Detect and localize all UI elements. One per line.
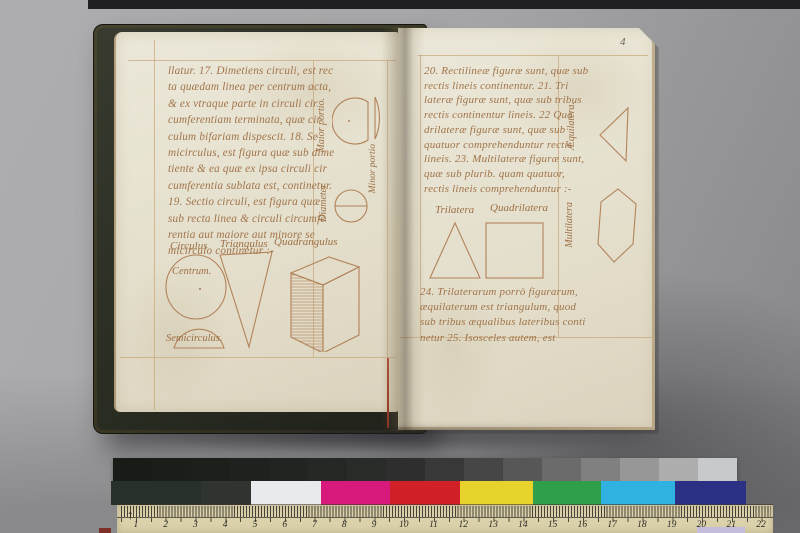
color-patch [111, 481, 201, 505]
manuscript-line: quatuor comprehenduntur rectis [424, 138, 558, 153]
manuscript-line: rectis lineis comprehenduntur :- [424, 182, 558, 197]
manuscript-photo: llatur. 17. Dimetiens circuli, est recta… [0, 0, 800, 533]
aequilatera-label: Æquilatera. [566, 102, 577, 150]
color-patch [601, 481, 675, 505]
manuscript-line: sub recta linea & circuli circumfe [168, 211, 320, 227]
right-page-text-1: 20. Rectilineæ figuræ sunt, quæ subrecti… [424, 64, 558, 196]
centrum-dot [199, 288, 201, 290]
gray-patch [542, 458, 581, 481]
ruler-number: 11 [419, 520, 449, 530]
ruler-number: 14 [508, 520, 538, 530]
circulus-label: Circulus [170, 240, 208, 252]
ruler-mm-ticks [121, 506, 771, 517]
lavender-patch [697, 527, 745, 533]
gray-patch [464, 458, 503, 481]
manuscript-line: æquilaterum est triangulum, quod [420, 300, 562, 315]
gray-patch [347, 458, 386, 481]
triangulus-figure [218, 251, 274, 349]
right-page: 4 20. Rectilineæ figuræ sunt, quæ subrec… [398, 28, 655, 430]
gray-patch [659, 458, 698, 481]
gray-patch [503, 458, 542, 481]
ruler-number: 10 [389, 520, 419, 530]
manuscript-line: tiente & ea quæ ex ipsa circuli cir [168, 161, 320, 177]
ruler-number: 15 [538, 520, 568, 530]
gray-patch [386, 458, 425, 481]
ruler-number: 19 [657, 520, 687, 530]
gray-patch [230, 458, 269, 481]
manuscript-line: 19. Sectio circuli, est figura quæ [168, 194, 320, 210]
quadrilatera-label: Quadrilatera [490, 202, 548, 214]
ruler-number: 4 [210, 520, 240, 530]
ruler-number: 12 [448, 520, 478, 530]
diameter-figure [334, 183, 370, 229]
manuscript-line: quæ sub plurib. quam quatuor, [424, 167, 558, 182]
left-page-bottom-rule [120, 357, 396, 358]
right-page-top-rule [418, 55, 648, 56]
manuscript-line: micirculus, est figura quæ sub dime [168, 145, 320, 161]
manuscript-line: culum bifariam dispescit. 18. Se [168, 129, 320, 145]
manuscript-line: lateræ figuræ sunt, quæ sub tribus [424, 93, 558, 108]
color-patch [390, 481, 460, 505]
manuscript-line: ta quædam linea per centrum acta, [168, 79, 320, 95]
book-shadow [118, 428, 663, 452]
ruler-number: 1 [121, 520, 151, 530]
manuscript-line: & ex vtraque parte in circuli cir [168, 96, 320, 112]
gray-patch [152, 458, 191, 481]
manuscript-line: drilateræ figuræ sunt, quæ sub [424, 123, 558, 138]
gray-patch [698, 458, 737, 481]
ruler-number: 6 [270, 520, 300, 530]
color-patch [460, 481, 533, 505]
ruler-number: 2 [151, 520, 181, 530]
ruler-numbers: 12345678910111213141516171819202122 [121, 520, 776, 530]
grayscale-bar [113, 458, 737, 481]
semicirculus-label: Semicirculus. [166, 333, 222, 344]
minor-portio-figure [372, 95, 387, 141]
left-page-margin-rule [154, 40, 155, 410]
gray-patch [269, 458, 308, 481]
left-page-top-rule [128, 60, 396, 61]
centrum-label: Centrum. [172, 266, 211, 277]
page-number: 4 [620, 36, 626, 48]
manuscript-line: netur 25. Isosceles autem, est [420, 331, 562, 346]
color-patch [201, 481, 251, 505]
manuscript-line: lineis. 23. Multilateræ figuræ sunt, [424, 152, 558, 167]
color-patch [321, 481, 390, 505]
multilatera-figure [596, 188, 638, 264]
ruler-number: 5 [240, 520, 270, 530]
manuscript-line: cumferentiam terminata, quæ cir [168, 112, 320, 128]
manuscript-line: cumferentia sublata est, continetur. [168, 178, 320, 194]
ruler-number: 8 [329, 520, 359, 530]
color-patch [251, 481, 321, 505]
ruler: ↑ 12345678910111213141516171819202122 [117, 505, 773, 533]
manuscript-line: 24. Trilaterarum porrò figurarum, [420, 285, 562, 300]
maior-portio-label: Maior portio. [316, 98, 327, 152]
manuscript-line: llatur. 17. Dimetiens circuli, est rec [168, 63, 320, 79]
gray-patch [581, 458, 620, 481]
multilatera-label: Multilatera [564, 202, 575, 248]
ruler-number: 7 [300, 520, 330, 530]
manuscript-line: sub tribus æqualibus lateribus conti [420, 315, 562, 330]
color-patch [533, 481, 601, 505]
trilatera-label: Trilatera [435, 204, 474, 216]
gray-patch [425, 458, 464, 481]
ruler-number: 9 [359, 520, 389, 530]
ruler-number: 17 [597, 520, 627, 530]
ruler-number: 16 [567, 520, 597, 530]
ruler-number: 3 [181, 520, 211, 530]
quadrangulus-figure [287, 253, 361, 352]
left-page: llatur. 17. Dimetiens circuli, est recta… [114, 32, 398, 412]
trilatera-figure [428, 221, 482, 281]
ruler-number: 18 [627, 520, 657, 530]
left-page-text: llatur. 17. Dimetiens circuli, est recta… [168, 63, 320, 260]
diameter-label: Diameter [318, 184, 329, 222]
red-sliver [99, 528, 111, 533]
gray-patch [113, 458, 152, 481]
manuscript-line: rectis continentur lineis. 22 Qua [424, 108, 558, 123]
color-patch [675, 481, 746, 505]
maior-portio-figure [332, 96, 372, 146]
triangulus-label: Triangulus [220, 238, 268, 250]
manuscript-line: 20. Rectilineæ figuræ sunt, quæ sub [424, 64, 558, 79]
gray-patch [308, 458, 347, 481]
manuscript-line: rectis lineis continentur. 21. Tri [424, 79, 558, 94]
aequilatera-figure [598, 106, 630, 164]
ruler-number: 22 [746, 520, 776, 530]
gray-patch [191, 458, 230, 481]
right-page-text-2: 24. Trilaterarum porrò figurarum,æquilat… [420, 285, 562, 346]
backdrop-top-band [88, 0, 800, 9]
quadrangulus-label: Quadrangulus [274, 236, 338, 248]
left-page-outer-rule [387, 60, 388, 357]
color-bar [111, 481, 746, 505]
binding-thread [387, 358, 389, 428]
quadrilatera-figure [485, 222, 545, 280]
ruler-number: 13 [478, 520, 508, 530]
gray-patch [620, 458, 659, 481]
